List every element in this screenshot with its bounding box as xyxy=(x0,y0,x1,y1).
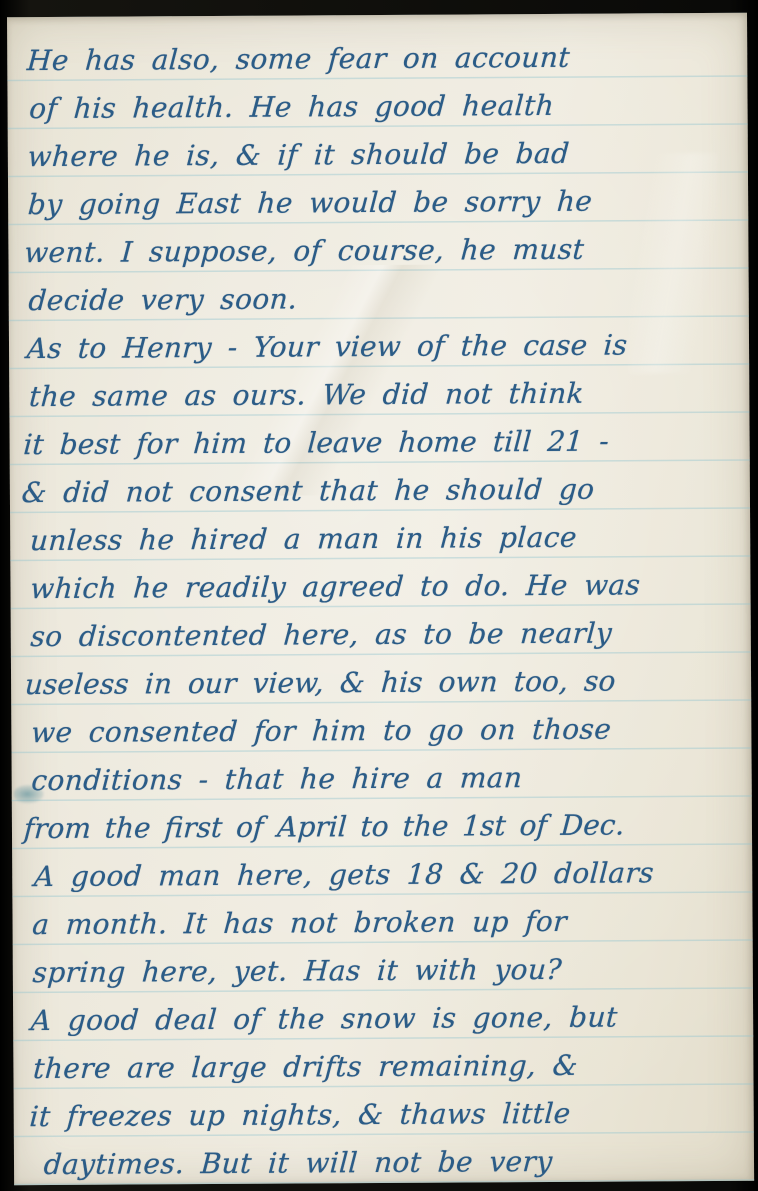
letter-line: it freezes up nights, & thaws little xyxy=(28,1091,749,1143)
letter-line: went. I suppose, of course, he must xyxy=(23,227,744,279)
letter-line: it best for him to leave home till 21 - xyxy=(22,419,745,471)
letter-line: which he readily agreed to do. He was xyxy=(29,563,746,615)
letter-line: the same as ours. We did not think xyxy=(27,371,744,423)
letter-line: He has also, some fear on account xyxy=(25,35,742,87)
letter-line: from the first of April to the 1st of De… xyxy=(22,803,747,855)
letter-page: He has also, some fear on account of his… xyxy=(7,13,754,1185)
scanner-background: He has also, some fear on account of his… xyxy=(0,0,758,1191)
letter-line: where he is, & if it should be bad xyxy=(26,131,743,183)
letter-line: & did not consent that he should go xyxy=(20,467,745,519)
letter-line: there are large drifts remaining, & xyxy=(32,1043,749,1095)
letter-line: we consented for him to go on those xyxy=(30,707,747,759)
letter-line: of his health. He has good health xyxy=(28,83,743,135)
letter-line: A good man here, gets 18 & 20 dollars xyxy=(32,851,747,903)
letter-line: daytimes. But it will not be very xyxy=(42,1139,749,1191)
letter-line: spring here, yet. Has it with you? xyxy=(31,947,748,999)
letter-line: As to Henry - Your view of the case is xyxy=(25,323,744,375)
letter-line: decide very soon. xyxy=(27,275,744,327)
letter-line: so discontented here, as to be nearly xyxy=(29,611,746,663)
letter-line: unless he hired a man in his place xyxy=(28,515,745,567)
letter-line: conditions - that he hire a man xyxy=(30,755,747,807)
letter-line: useless in our view, & his own too, so xyxy=(23,659,746,711)
letter-line: by going East he would be sorry he xyxy=(26,179,743,231)
letter-line: a month. It has not broken up for xyxy=(31,899,748,951)
letter-line: A good deal of the snow is gone, but xyxy=(29,995,748,1047)
letter-text: He has also, some fear on account of his… xyxy=(7,35,754,1191)
